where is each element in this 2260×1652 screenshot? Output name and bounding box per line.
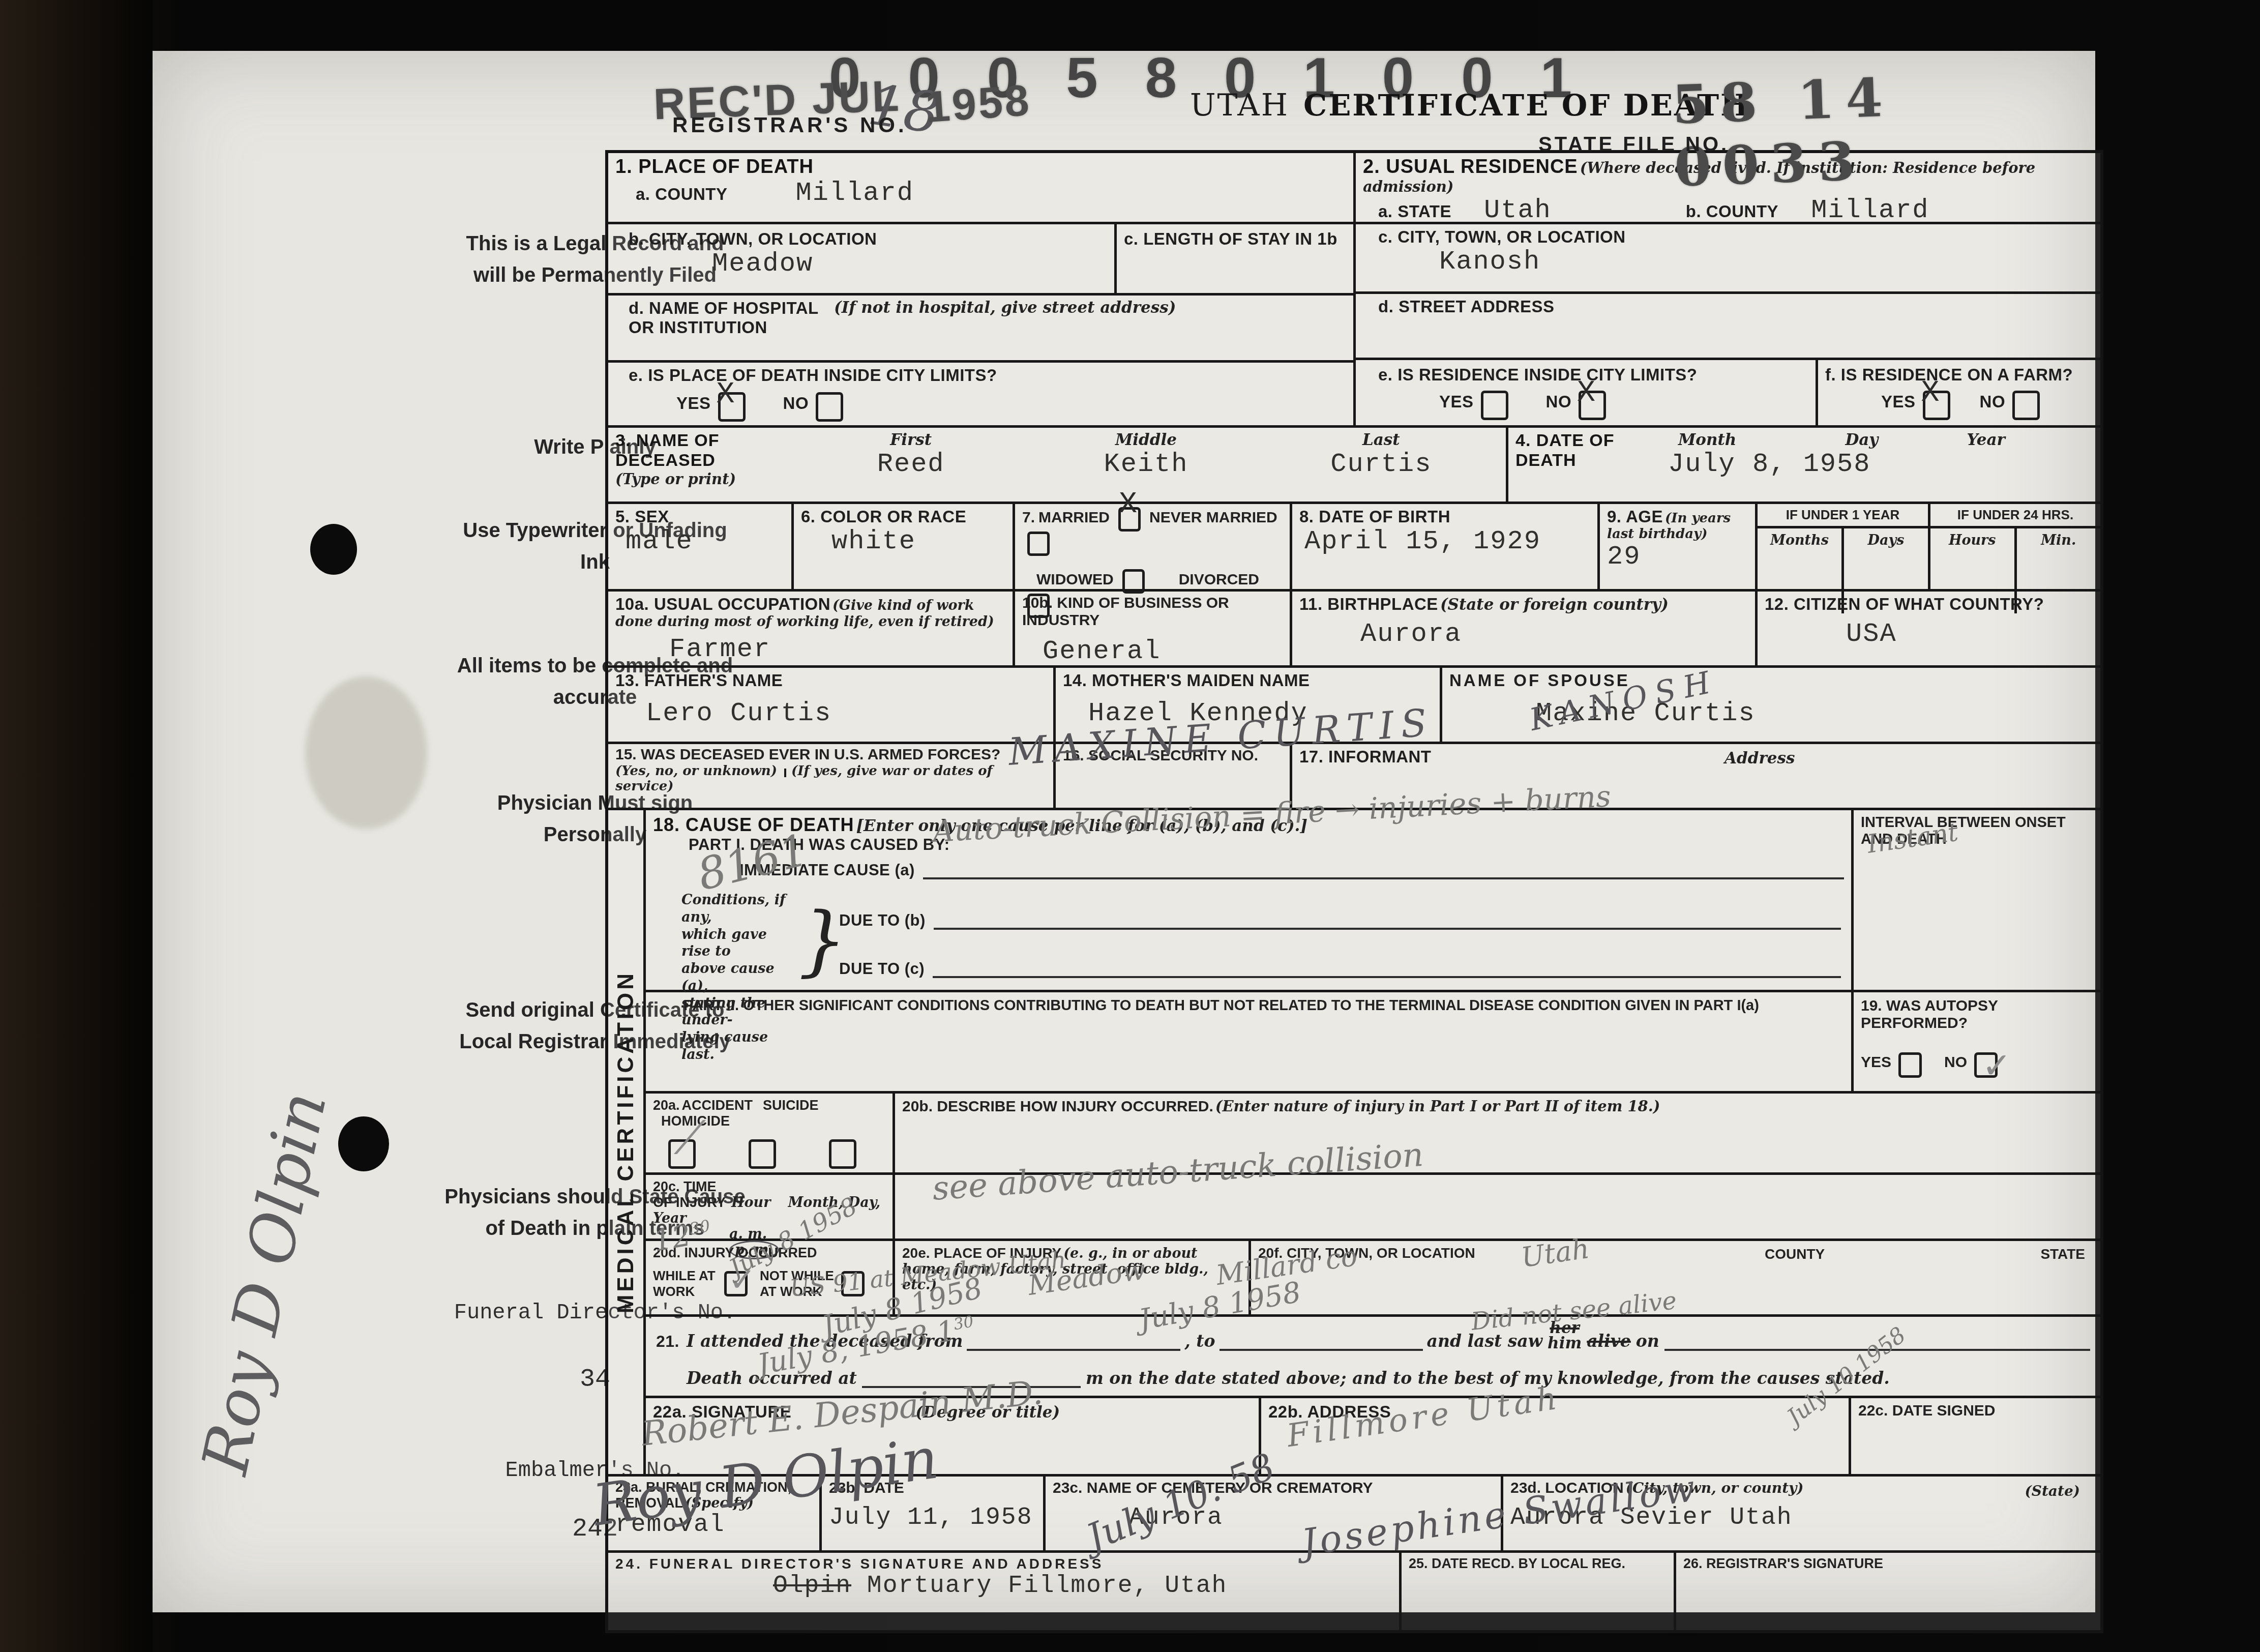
cause-of-death-left: 18. CAUSE OF DEATH [Enter only one cause… [646,810,1851,990]
injury-hour: 12 [650,1218,693,1258]
injury-state-label: STATE [2040,1246,2085,1262]
married-checkbox: X [1118,507,1141,532]
section-place-of-death: 1. PLACE OF DEATH a. COUNTY Millard b. C… [608,153,1356,425]
funeral-typed-value: Mortuary Fillmore, Utah [867,1572,1228,1600]
no-checkbox [2012,391,2040,420]
business-value: General [1043,636,1161,666]
yes-checkbox: X [718,392,746,422]
row-place-residence: 1. PLACE OF DEATH a. COUNTY Millard b. C… [608,153,2100,428]
occupation-value: Farmer [669,634,770,664]
attended-from-line [967,1344,1180,1351]
mothers-name-label: 14. MOTHER'S MAIDEN NAME [1063,671,1310,690]
no-checkbox: X [1579,391,1606,420]
res-county-label: b. COUNTY [1686,202,1778,221]
married-label: MARRIED [1038,509,1110,526]
him-word: him [1548,1336,1582,1351]
age-value: 29 [1607,542,1641,572]
hole-punch-bottom [338,1116,389,1171]
birthplace-note: (State or foreign country) [1440,596,1669,614]
city-town-value: Meadow [712,249,813,279]
yes-checkbox [1481,391,1508,420]
due-to-c-row: DUE TO (c) [839,958,1841,978]
part2-field: PART II. OTHER SIGNIFICANT CONDITIONS CO… [646,992,1851,1091]
county-label: a. COUNTY [636,185,728,203]
medical-certification-label: MEDICAL CERTIFICATION [613,970,639,1313]
first-name-field: First Reed [793,431,1028,498]
burial-date-value: July 11, 1958 [829,1504,1032,1531]
occupation-label: 10a. USUAL OCCUPATION [615,595,830,613]
marital-no: 7. [1022,509,1035,526]
sex-field: 5. SEX male [608,504,794,589]
part2-autopsy-row: PART II. OTHER SIGNIFICANT CONDITIONS CO… [646,992,2100,1094]
birthplace-label: 11. BIRTHPLACE [1299,595,1438,613]
usual-residence-title: 2. USUAL RESIDENCE [1363,156,1578,178]
sex-value: male [626,526,693,556]
age-field: 9. AGE (In years last birthday) 29 [1600,504,1758,589]
row-funeral-registrar: 24. FUNERAL DIRECTOR'S SIGNATURE AND ADD… [608,1553,2100,1630]
last-name-field: Last Curtis [1264,431,1499,498]
residence-on-farm-field: f. IS RESIDENCE ON A FARM? YES X NO [1816,360,2100,425]
middle-value: Keith [1104,449,1188,479]
city-town-field: b. CITY, TOWN, OR LOCATION Meadow [608,224,1114,293]
citizen-label: 12. CITIZEN OF WHAT COUNTRY? [1765,595,2044,613]
homicide-checkbox [829,1139,856,1169]
date-of-birth-field: 8. DATE OF BIRTH April 15, 1929 [1292,504,1600,589]
suicide-label: SUICIDE [763,1098,819,1113]
death-occurred-rest: m on the date stated above; and to the b… [1086,1368,1890,1388]
autopsy-no-checkbox: ✓ [1974,1052,1998,1078]
registrar-signature-field: 26. REGISTRAR'S SIGNATURE [1676,1553,2100,1630]
row-name-dod: 3. NAME OF DECEASED (Type or print) Firs… [608,428,2100,504]
first-label: First [890,431,932,449]
state-label: a. STATE [1378,202,1451,221]
never-married-checkbox [1027,532,1050,556]
part2-label: PART II. OTHER SIGNIFICANT CONDITIONS CO… [683,997,1759,1014]
usual-occupation-field: 10a. USUAL OCCUPATION (Give kind of work… [608,592,1015,665]
book-spine [0,0,153,1652]
res-city-limits-field: e. IS RESIDENCE INSIDE CITY LIMITS? YES … [1356,360,1816,425]
last-label: Last [1362,431,1400,449]
never-married-label: NEVER MARRIED [1149,509,1277,526]
attended-to-line [1220,1344,1423,1351]
farm-label: f. IS RESIDENCE ON A FARM? [1825,365,2073,384]
certificate-title: UTAH CERTIFICATE OF DEATH [1190,87,1750,123]
conditions-line: which gave rise to [681,926,798,961]
conditions-line: above cause (a), [681,960,798,995]
due-to-c-line [933,958,1841,978]
res-city-value: Kanosh [1439,247,1540,277]
state-file-number-stamp: 58 14 0033 [1671,59,2097,199]
conditions-line: Conditions, if any, [681,892,798,926]
if-under-24-hrs-field: IF UNDER 24 HRS. Hours Min. [1930,504,2100,589]
received-year-stamp: 1958 [924,75,1033,133]
state-file-label: STATE FILE NO. [1538,133,1729,156]
yes-label: YES [676,394,711,412]
yes-checkbox: X [1923,391,1950,420]
color-race-label: 6. COLOR OR RACE [801,507,966,526]
x-mark: X [717,377,735,412]
fathers-name-value: Lero Curtis [646,698,831,728]
no-label: NO [1944,1054,1967,1071]
section-date-of-death: 4. DATE OF DEATH Month Day Year July 8, … [1508,428,2100,501]
injury-hour-sup: 30 [688,1216,712,1238]
pencil-check-mark: ✓ [1982,1045,2012,1086]
cause-of-death-title: 18. CAUSE OF DEATH [653,814,854,835]
fathers-name-label: 13. FATHER'S NAME [615,671,783,690]
scanned-death-certificate: 0 0 0 5 8 0 1 0 0 1 REC'D JUL 18 1958 RE… [0,0,2260,1652]
date-of-death-value: July 8, 1958 [1668,449,1870,479]
no-label: NO [1980,392,2006,411]
x-mark: X [1921,376,1940,410]
city-town-label: b. CITY, TOWN, OR LOCATION [629,229,877,248]
s20a-no: 20a. [653,1098,680,1113]
date-of-death-title: 4. DATE OF DEATH [1515,431,1615,470]
margin-vertical-signature: Roy D Olpin [188,1085,341,1480]
fathers-name-field: 13. FATHER'S NAME Lero Curtis [608,668,1056,742]
yes-label: YES [1439,392,1474,411]
res-county-value: Millard [1811,195,1929,225]
business-label: 10b. KIND OF BUSINESS OR INDUSTRY [1022,595,1229,629]
month-label: Month [1678,431,1736,449]
res-city-label: c. CITY, TOWN, OR LOCATION [1378,227,1626,246]
medical-certification-strip: MEDICAL CERTIFICATION [608,810,646,1474]
hour-label: Hour [731,1195,770,1211]
time-of-injury-label: 20c. TIME OF INJURY [653,1179,729,1211]
color-race-field: 6. COLOR OR RACE white [794,504,1015,589]
section-name-of-deceased: 3. NAME OF DECEASED (Type or print) Firs… [608,428,1508,501]
armed-forces-field: 15. WAS DECEASED EVER IN U.S. ARMED FORC… [608,744,1056,808]
street-address-label: d. STREET ADDRESS [1378,297,1554,316]
funeral-typed-struck: Olpin [773,1572,851,1600]
certificate-form: 1. PLACE OF DEATH a. COUNTY Millard b. C… [605,150,2103,1633]
marital-status-field: 7. MARRIED X NEVER MARRIED WIDOWED DIVOR… [1015,504,1292,589]
res-city-limits-label: e. IS RESIDENCE INSIDE CITY LIMITS? [1378,365,1697,384]
date-received-field: 25. DATE RECD. BY LOCAL REG. [1402,1553,1676,1630]
hole-punch-top [310,524,357,575]
due-to-b-label: DUE TO (b) [839,911,926,930]
date-signed-field: 22c. DATE SIGNED [1851,1398,2100,1474]
due-to-b-row: DUE TO (b) [839,909,1841,930]
suicide-checkbox [749,1139,776,1169]
title-state: UTAH [1190,87,1289,123]
certificate-paper: 0 0 0 5 8 0 1 0 0 1 REC'D JUL 18 1958 RE… [153,51,2095,1612]
accident-suicide-homicide-field: 20a. ACCIDENT SUICIDE HOMICIDE ⟋ [646,1094,895,1172]
dob-value: April 15, 1929 [1304,526,1541,556]
state-value: Utah [1484,195,1552,225]
s21-no: 21. [656,1332,679,1351]
divorced-label: DIVORCED [1179,571,1259,588]
describe-injury-label: 20b. DESCRIBE HOW INJURY OCCURRED. [902,1098,1213,1115]
name-of-deceased-title: 3. NAME OF DECEASED [615,431,720,470]
yes-label: YES [1861,1054,1891,1071]
autopsy-field: 19. WAS AUTOPSY PERFORMED? YES NO ✓ [1851,992,2100,1091]
due-to-c-label: DUE TO (c) [839,960,925,978]
x-mark: X [1119,487,1137,522]
citizen-value: USA [1846,619,1897,649]
sex-label: 5. SEX [615,507,669,526]
year-label: Year [1967,431,2005,449]
armed-forces-note1: (Yes, no, or unknown) [615,763,777,779]
cause-a-line [923,857,1844,879]
describe-injury-note: (Enter nature of injury in Part I or Par… [1215,1098,1660,1115]
middle-label: Middle [1115,431,1177,449]
location-state-note: (State) [2025,1483,2080,1499]
yes-label: YES [1881,392,1916,411]
city-limits-label: e. IS PLACE OF DEATH INSIDE CITY LIMITS? [629,366,997,385]
funeral-director-signature-field: 24. FUNERAL DIRECTOR'S SIGNATURE AND ADD… [608,1553,1402,1630]
x-mark: X [1577,376,1595,410]
last-value: Curtis [1330,449,1432,479]
date-signed-label: 22c. DATE SIGNED [1858,1402,1996,1419]
row-occupation-birthplace-citizen: 10a. USUAL OCCUPATION (Give kind of work… [608,592,2100,668]
row-sex-race-marital-dob-age: 5. SEX male 6. COLOR OR RACE white 7. MA… [608,504,2100,592]
citizen-field: 12. CITIZEN OF WHAT COUNTRY? USA [1758,592,2100,665]
under-1-year-label: IF UNDER 1 YEAR [1758,504,1928,528]
widowed-checkbox [1122,569,1145,594]
autopsy-label: 19. WAS AUTOPSY PERFORMED? [1861,997,1998,1031]
first-value: Reed [877,449,945,479]
color-race-value: white [831,526,916,556]
birthplace-field: 11. BIRTHPLACE (State or foreign country… [1292,592,1758,665]
hospital-label: d. NAME OF HOSPITAL OR INSTITUTION [629,299,832,337]
while-at-work-label: WHILE AT WORK [653,1268,719,1300]
middle-name-field: Middle Keith [1028,431,1263,498]
dob-label: 8. DATE OF BIRTH [1299,507,1450,526]
accident-checkbox: ⟋ [668,1139,696,1169]
length-of-stay-label: c. LENGTH OF STAY IN 1b [1124,229,1337,248]
no-label: NO [1546,392,1572,411]
registrar-signature-label: 26. REGISTRAR'S SIGNATURE [1683,1556,1883,1571]
place-of-death-title: 1. PLACE OF DEATH [615,156,814,178]
length-of-stay-field: c. LENGTH OF STAY IN 1b [1114,224,1353,293]
injury-county-label: COUNTY [1765,1246,1825,1262]
on-word: on [1636,1331,1659,1351]
death-occurred-sup: 30 [952,1312,975,1334]
paper-stain [305,676,427,829]
if-under-1-year-field: IF UNDER 1 YEAR Months Days [1758,504,1930,589]
county-value: Millard [796,178,914,208]
birthplace-value: Aurora [1360,619,1462,649]
row-20c: 20c. TIME OF INJURY Hour Month, Day, Yea… [646,1175,2100,1241]
no-checkbox [816,392,843,422]
alive-word-struck: alive [1587,1331,1631,1351]
funeral-director-label: 24. FUNERAL DIRECTOR'S SIGNATURE AND ADD… [615,1556,1104,1572]
registrars-no-label: REGISTRAR'S NO. [672,113,907,137]
day-label: Day [1845,431,1878,449]
armed-forces-label: 15. WAS DECEASED EVER IN U.S. ARMED FORC… [615,746,1000,763]
type-or-print-note: (Type or print) [615,470,736,488]
attended-to-text: , to [1184,1331,1215,1351]
hospital-note: (If not in hospital, give street address… [834,299,1176,317]
autopsy-yes-checkbox [1898,1052,1922,1078]
business-industry-field: 10b. KIND OF BUSINESS OR INDUSTRY Genera… [1015,592,1292,665]
date-received-label: 25. DATE RECD. BY LOCAL REG. [1409,1556,1625,1571]
due-to-b-line [934,909,1841,930]
accident-label: ACCIDENT [682,1098,753,1113]
widowed-label: WIDOWED [1036,571,1114,588]
age-label: 9. AGE [1607,507,1663,526]
informant-address-label: Address [1724,749,1795,768]
no-label: NO [783,394,809,412]
under-24-hrs-label: IF UNDER 24 HRS. [1930,504,2100,528]
pencil-slash-mark: ⟋ [674,1111,706,1165]
